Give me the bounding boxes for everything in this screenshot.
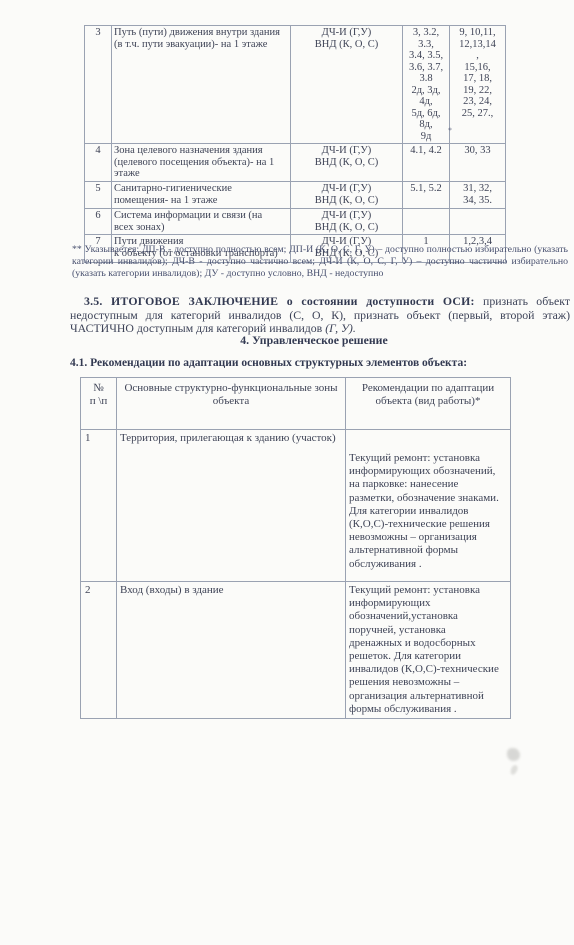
recommendation-cell: Текущий ремонт: установка информирующих … (346, 582, 511, 719)
zone-cell: Вход (входы) в здание (117, 582, 346, 719)
photo-refs-cell: 5.1, 5.2 (403, 182, 450, 209)
scanned-document-page: 3 Путь (пути) движения внутри здания (в … (0, 0, 574, 945)
row-number: 1 (81, 430, 117, 582)
status-cell: ДЧ-И (Г,У) ВНД (К, О, С) (291, 144, 403, 182)
photo-refs-cell: 3, 3.2, 3.3, 3.4, 3.5, 3.6, 3.7, 3.8 2д,… (403, 26, 450, 144)
row-number: 2 (81, 582, 117, 719)
doc-refs-cell (450, 209, 506, 235)
conclusion-paragraph: 3.5. ИТОГОВОЕ ЗАКЛЮЧЕНИЕ о состоянии дос… (70, 295, 570, 336)
handwritten-asterisk-mark: * (448, 126, 452, 135)
header-zones: Основные структурно-функциональные зоны … (117, 378, 346, 430)
header-recommendations: Рекомендации по адаптации объекта (вид р… (346, 378, 511, 430)
header-number: № п \п (81, 378, 117, 430)
recommendations-table: № п \п Основные структурно-функциональны… (80, 377, 511, 719)
section-4-title: 4. Управленческое решение (56, 333, 572, 348)
row-number: 4 (85, 144, 112, 182)
row-number: 6 (85, 209, 112, 235)
photo-refs-cell (403, 209, 450, 235)
footnote-legend: ** Указывается: ДП-В - доступно полность… (72, 244, 568, 280)
zone-cell: Система информации и связи (на всех зона… (112, 209, 291, 235)
recommendation-cell: Текущий ремонт: установка информирующих … (346, 430, 511, 582)
scan-smudge (507, 748, 520, 761)
zone-cell: Санитарно-гигиенические помещения- на 1 … (112, 182, 291, 209)
doc-refs-cell: 30, 33 (450, 144, 506, 182)
table-row: 5 Санитарно-гигиенические помещения- на … (85, 182, 506, 209)
status-cell: ДЧ-И (Г,У) ВНД (К, О, С) (291, 209, 403, 235)
table-row: 2 Вход (входы) в здание Текущий ремонт: … (81, 582, 511, 719)
table-row: 3 Путь (пути) движения внутри здания (в … (85, 26, 506, 144)
status-cell: ДЧ-И (Г,У) ВНД (К, О, С) (291, 26, 403, 144)
table-row: 4 Зона целевого назначения здания (целев… (85, 144, 506, 182)
zone-cell: Территория, прилегающая к зданию (участо… (117, 430, 346, 582)
table-header-row: № п \п Основные структурно-функциональны… (81, 378, 511, 430)
status-cell: ДЧ-И (Г,У) ВНД (К, О, С) (291, 182, 403, 209)
row-number: 3 (85, 26, 112, 144)
row-number: 5 (85, 182, 112, 209)
doc-refs-cell: 31, 32, 34, 35. (450, 182, 506, 209)
zone-cell: Путь (пути) движения внутри здания (в т.… (112, 26, 291, 144)
accessibility-status-table: 3 Путь (пути) движения внутри здания (в … (84, 25, 506, 263)
scan-smudge (509, 764, 518, 775)
table-row: 6 Система информации и связи (на всех зо… (85, 209, 506, 235)
table-row: 1 Территория, прилегающая к зданию (учас… (81, 430, 511, 582)
zone-cell: Зона целевого назначения здания (целевог… (112, 144, 291, 182)
photo-refs-cell: 4.1, 4.2 (403, 144, 450, 182)
doc-refs-cell: 9, 10,11, 12,13,14 , 15,16, 17, 18, 19, … (450, 26, 506, 144)
conclusion-label: 3.5. ИТОГОВОЕ ЗАКЛЮЧЕНИЕ о состоянии дос… (84, 294, 475, 308)
section-4-1-title: 4.1. Рекомендации по адаптации основных … (70, 357, 570, 369)
